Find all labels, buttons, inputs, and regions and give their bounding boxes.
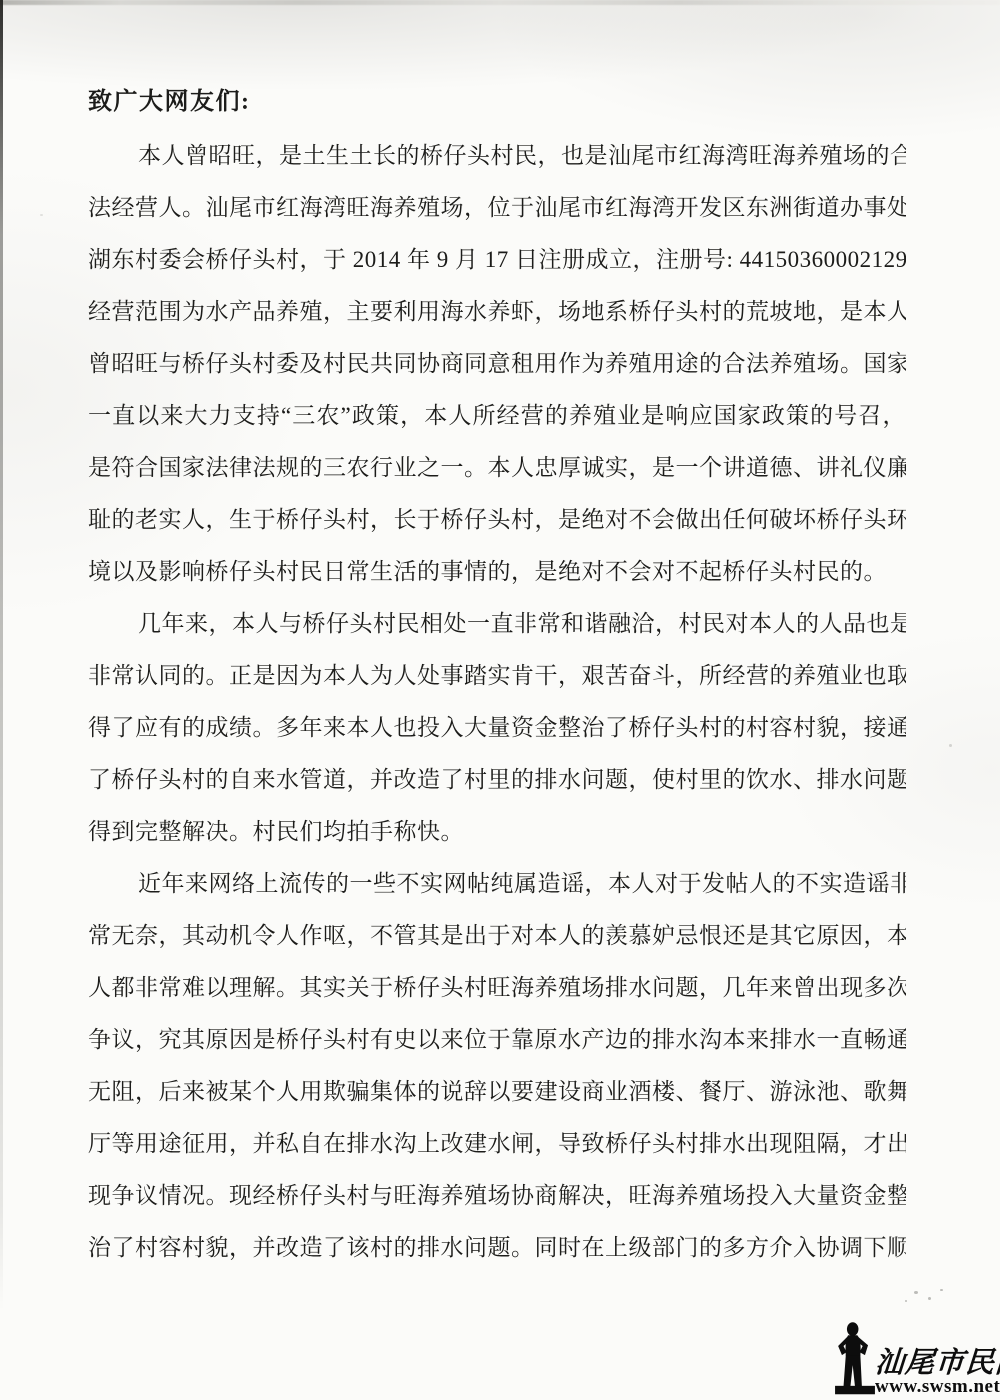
text-line: 曾昭旺与桥仔头村委及村民共同协商同意租用作为养殖用途的合法养殖场。国家 bbox=[88, 338, 906, 390]
text-line: 近年来网络上流传的一些不实网帖纯属造谣，本人对于发帖人的不实造谣非 bbox=[88, 858, 906, 910]
scan-speck bbox=[940, 1289, 943, 1291]
scan-edge-top bbox=[0, 0, 1000, 5]
scan-speck bbox=[928, 1297, 931, 1300]
text-line: 了桥仔头村的自来水管道，并改造了村里的排水问题，使村里的饮水、排水问题 bbox=[88, 754, 906, 806]
scanned-letter-page: 致广大网友们: 本人曾昭旺，是土生土长的桥仔头村民，也是汕尾市红海湾旺海养殖场的… bbox=[0, 0, 1000, 1400]
text-line: 法经营人。汕尾市红海湾旺海养殖场，位于汕尾市红海湾开发区东洲街道办事处 bbox=[88, 182, 906, 234]
watermark: 汕尾市民网 www.swsm.net bbox=[832, 1320, 1000, 1398]
paragraph: 几年来，本人与桥仔头村民相处一直非常和谐融洽，村民对本人的人品也是非常认同的。正… bbox=[88, 598, 906, 858]
watermark-site-url: www.swsm.net bbox=[875, 1377, 1000, 1397]
scan-speck bbox=[949, 744, 952, 747]
scan-speck bbox=[905, 1300, 907, 1302]
paragraph: 近年来网络上流传的一些不实网帖纯属造谣，本人对于发帖人的不实造谣非常无奈，其动机… bbox=[88, 858, 906, 1274]
text-line: 经营范围为水产品养殖，主要利用海水养虾，场地系桥仔头村的荒坡地，是本人 bbox=[88, 286, 906, 338]
text-line: 非常认同的。正是因为本人为人处事踏实肯干，艰苦奋斗，所经营的养殖业也取 bbox=[88, 650, 906, 702]
text-line: 境以及影响桥仔头村民日常生活的事情的，是绝对不会对不起桥仔头村民的。 bbox=[88, 546, 906, 598]
watermark-site-name: 汕尾市民网 bbox=[874, 1347, 1000, 1379]
text-line: 几年来，本人与桥仔头村民相处一直非常和谐融洽，村民对本人的人品也是 bbox=[88, 598, 906, 650]
text-line: 是符合国家法律法规的三农行业之一。本人忠厚诚实，是一个讲道德、讲礼仪廉 bbox=[88, 442, 906, 494]
text-line: 得了应有的成绩。多年来本人也投入大量资金整治了桥仔头村的村容村貌，接通 bbox=[88, 702, 906, 754]
scan-edge-left bbox=[0, 0, 3, 1310]
letter-body: 本人曾昭旺，是土生土长的桥仔头村民，也是汕尾市红海湾旺海养殖场的合法经营人。汕尾… bbox=[88, 130, 906, 1274]
text-line: 常无奈，其动机令人作呕，不管其是出于对本人的羡慕妒忌恨还是其它原因，本 bbox=[88, 910, 906, 962]
text-line: 现争议情况。现经桥仔头村与旺海养殖场协商解决，旺海养殖场投入大量资金整 bbox=[88, 1170, 906, 1222]
paragraph: 本人曾昭旺，是土生土长的桥仔头村民，也是汕尾市红海湾旺海养殖场的合法经营人。汕尾… bbox=[88, 130, 906, 598]
page-title: 致广大网友们: bbox=[88, 80, 251, 124]
person-silhouette-icon bbox=[832, 1320, 878, 1398]
text-line: 一直以来大力支持“三农”政策，本人所经营的养殖业是响应国家政策的号召， bbox=[88, 390, 906, 442]
text-line: 耻的老实人，生于桥仔头村，长于桥仔头村，是绝对不会做出任何破坏桥仔头环 bbox=[88, 494, 906, 546]
watermark-text: 汕尾市民网 www.swsm.net bbox=[875, 1347, 1000, 1398]
scan-speck bbox=[40, 214, 43, 216]
text-line: 治了村容村貌，并改造了该村的排水问题。同时在上级部门的多方介入协调下顺 bbox=[88, 1222, 906, 1274]
text-line: 厅等用途征用，并私自在排水沟上改建水闸，导致桥仔头村排水出现阻隔，才出 bbox=[88, 1118, 906, 1170]
text-line: 人都非常难以理解。其实关于桥仔头村旺海养殖场排水问题，几年来曾出现多次 bbox=[88, 962, 906, 1014]
text-line: 湖东村委会桥仔头村，于 2014 年 9 月 17 日注册成立，注册号: 441… bbox=[88, 234, 906, 286]
text-line: 争议，究其原因是桥仔头村有史以来位于靠原水产边的排水沟本来排水一直畅通 bbox=[88, 1014, 906, 1066]
text-line: 得到完整解决。村民们均拍手称快。 bbox=[88, 806, 906, 858]
text-line: 无阻，后来被某个人用欺骗集体的说辞以要建设商业酒楼、餐厅、游泳池、歌舞 bbox=[88, 1066, 906, 1118]
text-line: 本人曾昭旺，是土生土长的桥仔头村民，也是汕尾市红海湾旺海养殖场的合 bbox=[88, 130, 906, 182]
scan-speck bbox=[914, 1291, 918, 1294]
